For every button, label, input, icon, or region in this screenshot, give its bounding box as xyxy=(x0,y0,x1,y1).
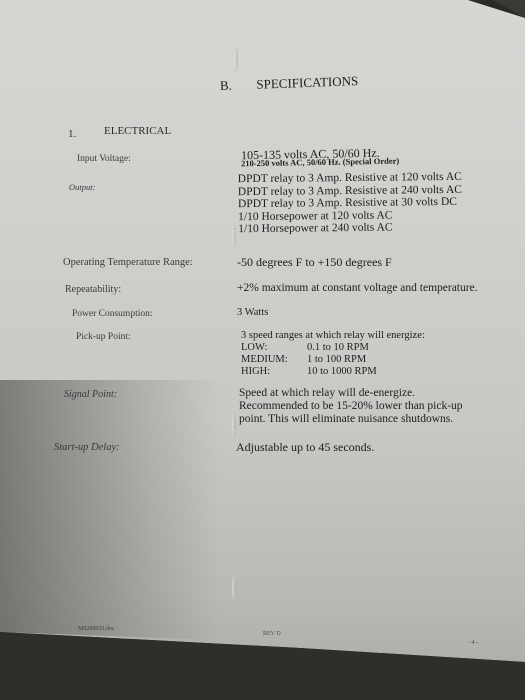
repeatability-value: +2% maximum at constant voltage and temp… xyxy=(237,282,478,294)
footer-page-number: - 4 - xyxy=(468,640,478,646)
operating-temperature-value: -50 degrees F to +150 degrees F xyxy=(237,255,392,270)
subsection-title: ELECTRICAL xyxy=(104,125,171,137)
startup-delay-value: Adjustable up to 45 seconds. xyxy=(236,440,374,455)
operating-temperature-label: Operating Temperature Range: xyxy=(63,257,193,268)
output-line: 1/10 Horsepower at 240 volts AC xyxy=(238,221,462,236)
paper-crease xyxy=(232,412,236,438)
signal-point-line: point. This will eliminate nuisance shut… xyxy=(239,413,463,426)
paper-crease xyxy=(232,575,236,601)
signal-point-line: Speed at which relay will de-energize. xyxy=(239,387,463,400)
footer-revision: REV D xyxy=(263,631,281,637)
pickup-point-label: Pick-up Point: xyxy=(76,332,131,342)
signal-point-values: Speed at which relay will de-energize. R… xyxy=(239,387,463,426)
signal-point-label: Signal Point: xyxy=(64,389,117,400)
output-label: Output: xyxy=(69,182,95,192)
subsection-number: 1. xyxy=(68,128,76,140)
signal-point-line: Recommended to be 15-20% lower than pick… xyxy=(239,400,463,413)
section-letter: B. xyxy=(220,78,232,93)
speed-range-value: 10 to 1000 RPM xyxy=(307,366,425,378)
page-shadow xyxy=(0,380,220,640)
speed-range-value: 1 to 100 RPM xyxy=(307,354,425,366)
pickup-point-values: 3 speed ranges at which relay will energ… xyxy=(241,330,425,378)
pickup-point-intro: 3 speed ranges at which relay will energ… xyxy=(241,330,425,342)
repeatability-label: Repeatability: xyxy=(65,284,121,295)
input-voltage-label: Input Voltage: xyxy=(77,154,131,164)
power-consumption-label: Power Consumption: xyxy=(72,309,153,319)
output-values: DPDT relay to 3 Amp. Resistive at 120 vo… xyxy=(238,171,463,236)
startup-delay-label: Start-up Delay: xyxy=(54,442,120,453)
section-title: SPECIFICATIONS xyxy=(256,73,358,92)
output-line: DPDT relay to 3 Amp. Resistive at 30 vol… xyxy=(238,196,462,211)
paper-crease xyxy=(234,46,238,72)
speed-range-table: LOW: 0.1 to 10 RPM MEDIUM: 1 to 100 RPM … xyxy=(241,342,425,378)
speed-range-name: MEDIUM: xyxy=(241,354,307,366)
speed-range-name: HIGH: xyxy=(241,366,307,378)
power-consumption-value: 3 Watts xyxy=(237,307,268,318)
speed-range-name: LOW: xyxy=(241,342,307,354)
footer-filename: M0200035.doc xyxy=(78,626,115,632)
paper-crease xyxy=(232,222,236,248)
speed-range-value: 0.1 to 10 RPM xyxy=(307,342,425,354)
